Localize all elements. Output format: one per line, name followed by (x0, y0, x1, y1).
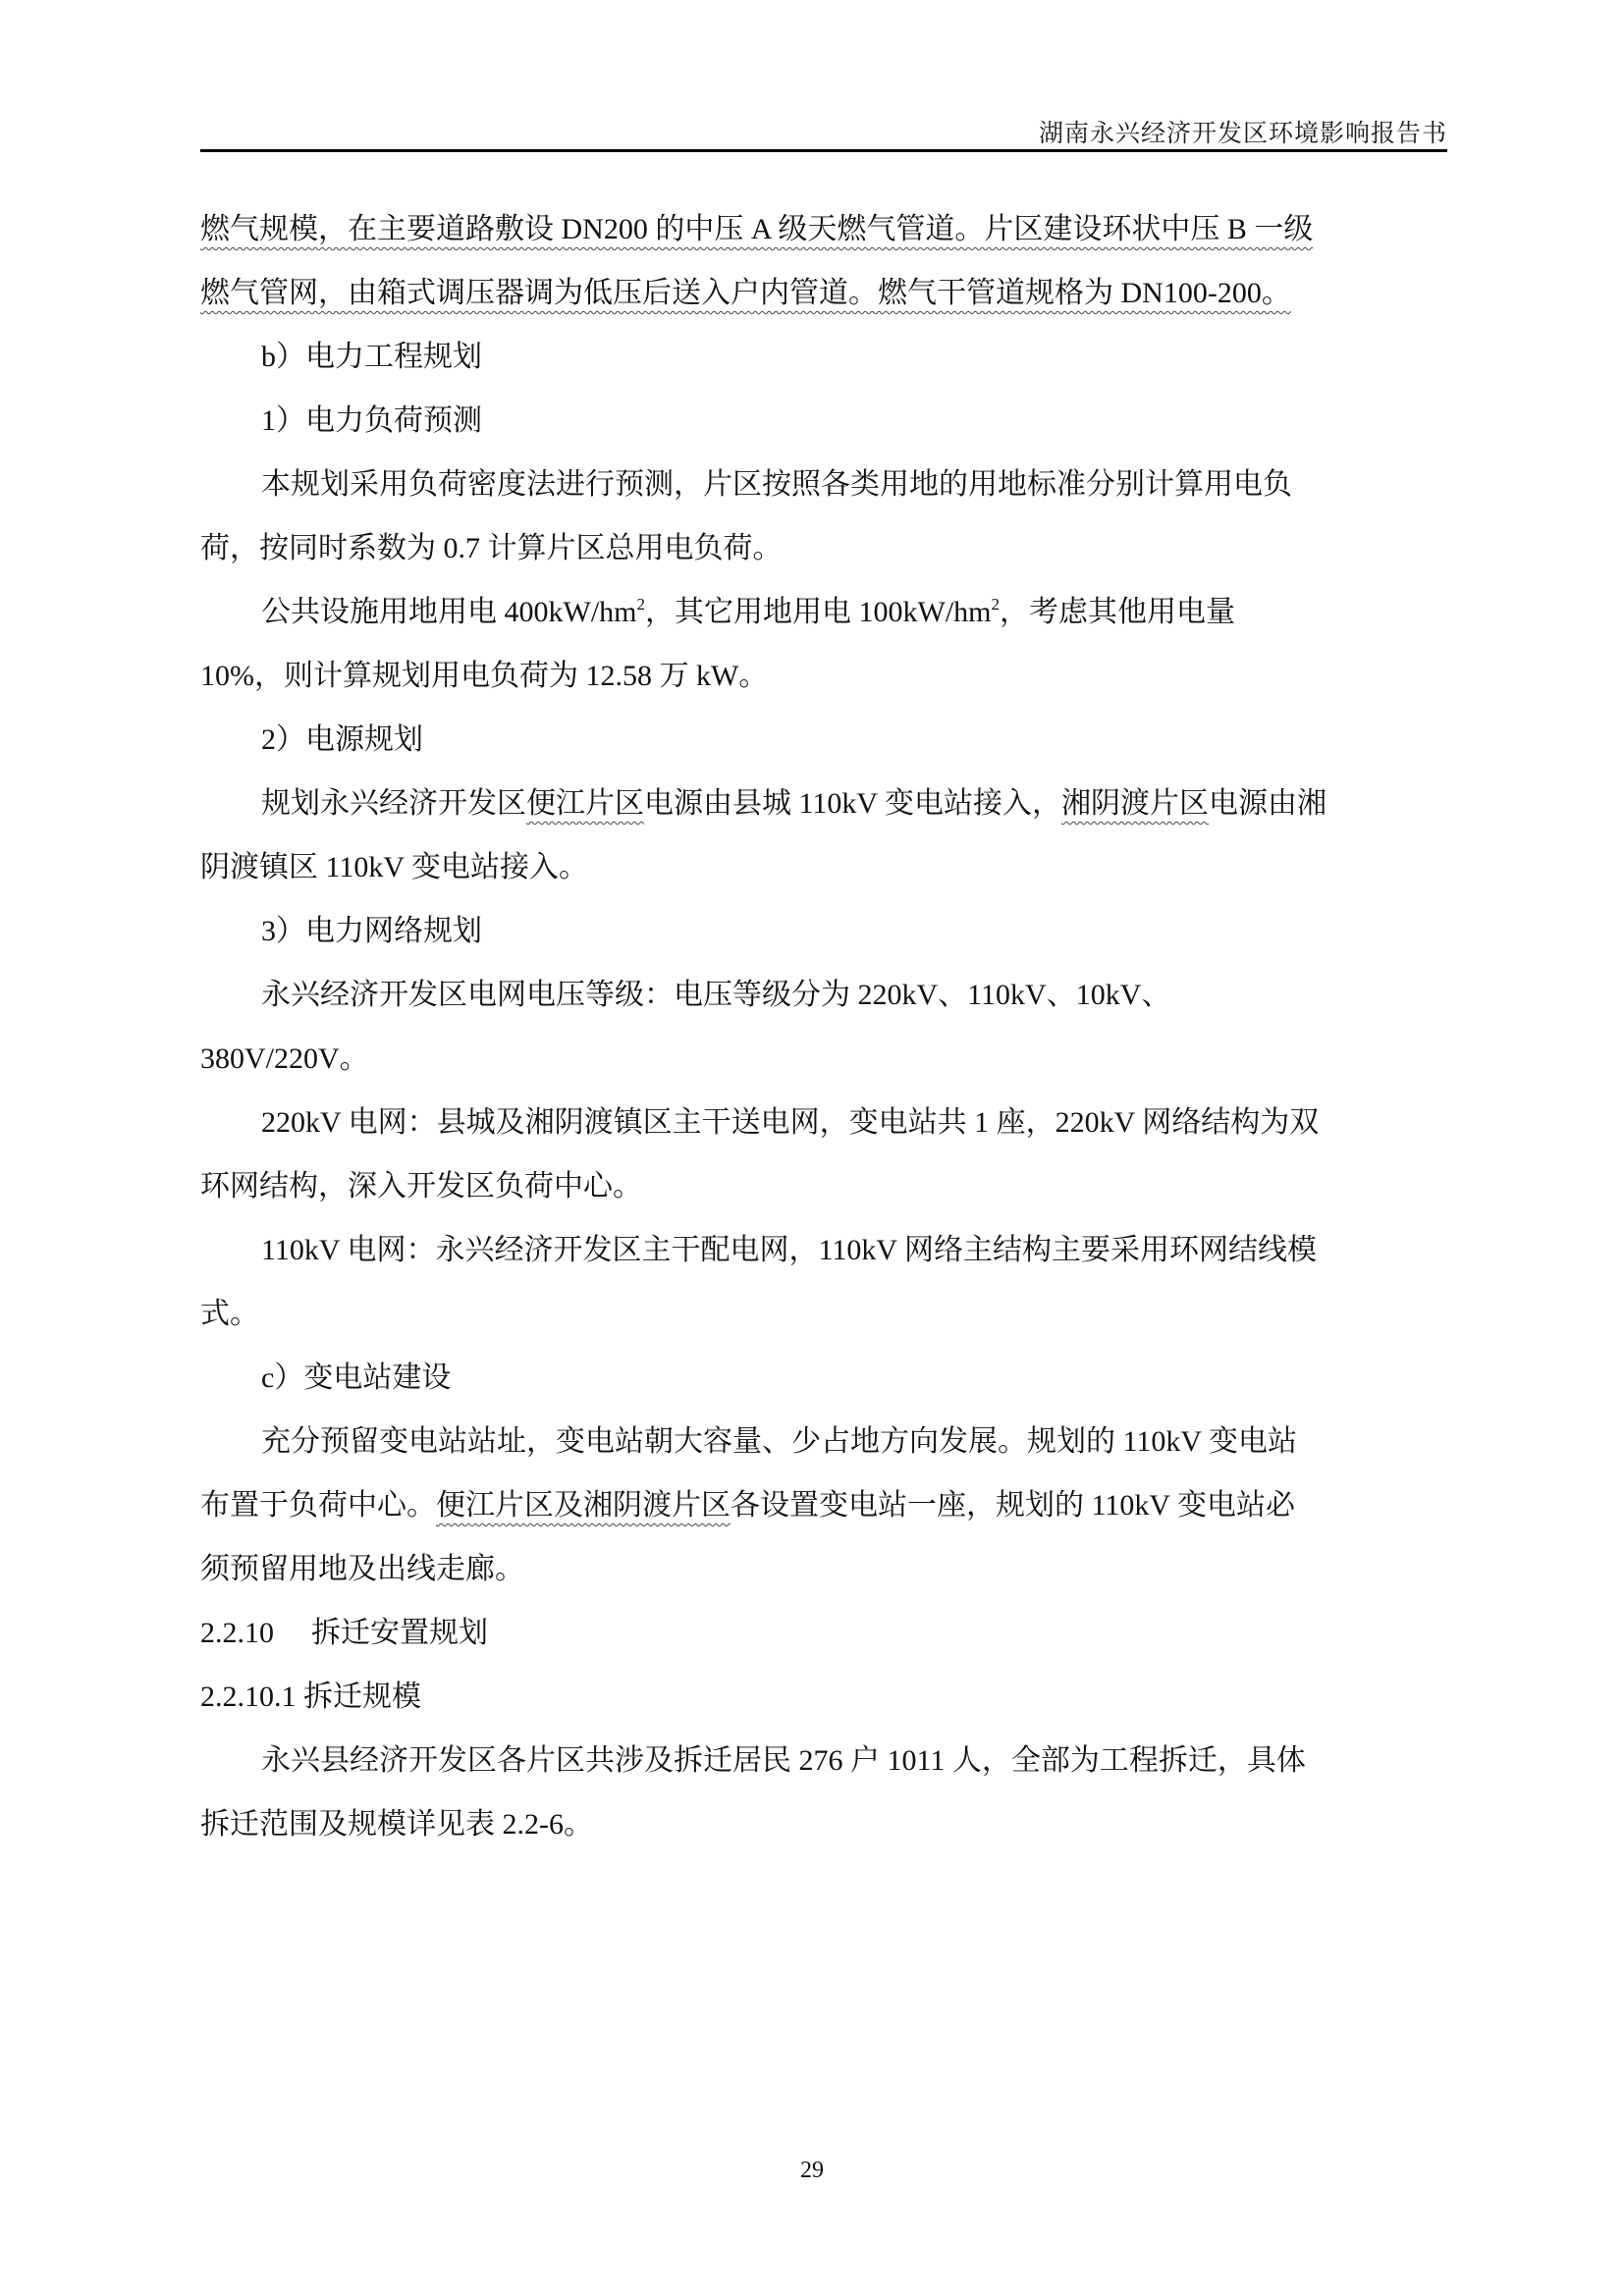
heading-c-substation: c）变电站建设 (200, 1355, 1447, 1418)
paragraph-source-line-2: 阴渡镇区 110kV 变电站接入。 (200, 844, 1447, 908)
heading-load-forecast: 1）电力负荷预测 (200, 398, 1447, 461)
paragraph-110kv-line-2: 式。 (200, 1291, 1447, 1355)
paragraph-110kv-line-1: 110kV 电网：永兴经济开发区主干配电网，110kV 网络主结构主要采用环网结… (200, 1227, 1447, 1291)
header-rule (200, 149, 1447, 152)
page-number: 29 (0, 2158, 1624, 2184)
paragraph-relocation-line-1: 永兴县经济开发区各片区共涉及拆迁居民 276 户 1011 人，全部为工程拆迁，… (200, 1737, 1447, 1801)
paragraph-relocation-line-2: 拆迁范围及规模详见表 2.2-6。 (200, 1801, 1447, 1865)
gas-text: 燃气规模，在主要道路敷设 DN200 的中压 A 级天燃气管道。片区建设环状中压… (200, 213, 1313, 245)
place-xiangyindu: 湘阴渡片区 (1061, 787, 1209, 820)
gas-text: 燃气管网，由箱式调压器调为低压后送入户内管道。燃气干管道规格为 DN100-20… (200, 277, 1291, 309)
heading-b-power: b）电力工程规划 (200, 334, 1447, 398)
paragraph-voltage-line-2: 380V/220V。 (200, 1036, 1447, 1099)
heading-power-network: 3）电力网络规划 (200, 908, 1447, 972)
paragraph-gas-line-2: 燃气管网，由箱式调压器调为低压后送入户内管道。燃气干管道规格为 DN100-20… (200, 270, 1447, 334)
section-title: 拆迁安置规划 (311, 1617, 488, 1649)
paragraph-substation-line-2: 布置于负荷中心。便江片区及湘阴渡片区各设置变电站一座，规划的 110kV 变电站… (200, 1482, 1447, 1546)
section-heading-2-2-10-1: 2.2.10.1 拆迁规模 (200, 1674, 1447, 1737)
page-body: 燃气规模，在主要道路敷设 DN200 的中压 A 级天燃气管道。片区建设环状中压… (200, 206, 1447, 1865)
paragraph-voltage-line-1: 永兴经济开发区电网电压等级：电压等级分为 220kV、110kV、10kV、 (200, 972, 1447, 1036)
section-number: 2.2.10 (200, 1617, 274, 1649)
place-bianjiang: 便江片区 (526, 787, 644, 820)
heading-power-source: 2）电源规划 (200, 717, 1447, 780)
paragraph-substation-line-3: 须预留用地及出线走廊。 (200, 1546, 1447, 1610)
paragraph-220kv-line-2: 环网结构，深入开发区负荷中心。 (200, 1163, 1447, 1227)
paragraph-load-line-1: 本规划采用负荷密度法进行预测，片区按照各类用地的用地标准分别计算用电负 (200, 461, 1447, 525)
paragraph-load-line-2: 荷，按同时系数为 0.7 计算片区总用电负荷。 (200, 525, 1447, 589)
section-heading-2-2-10: 2.2.10拆迁安置规划 (200, 1610, 1447, 1674)
paragraph-substation-line-1: 充分预留变电站站址，变电站朝大容量、少占地方向发展。规划的 110kV 变电站 (200, 1418, 1447, 1482)
paragraph-density-line-1: 公共设施用地用电 400kW/hm2，其它用地用电 100kW/hm2，考虑其他… (200, 589, 1447, 653)
page-header: 湖南永兴经济开发区环境影响报告书 (200, 106, 1447, 153)
paragraph-gas-line-1: 燃气规模，在主要道路敷设 DN200 的中压 A 级天燃气管道。片区建设环状中压… (200, 206, 1447, 270)
paragraph-source-line-1: 规划永兴经济开发区便江片区电源由县城 110kV 变电站接入，湘阴渡片区电源由湘 (200, 780, 1447, 844)
document-title: 湖南永兴经济开发区环境影响报告书 (1039, 114, 1447, 149)
paragraph-density-line-2: 10%，则计算规划用电负荷为 12.58 万 kW。 (200, 653, 1447, 717)
place-both-zones: 便江片区及湘阴渡片区 (436, 1489, 731, 1522)
paragraph-220kv-line-1: 220kV 电网：县城及湘阴渡镇区主干送电网，变电站共 1 座，220kV 网络… (200, 1099, 1447, 1163)
